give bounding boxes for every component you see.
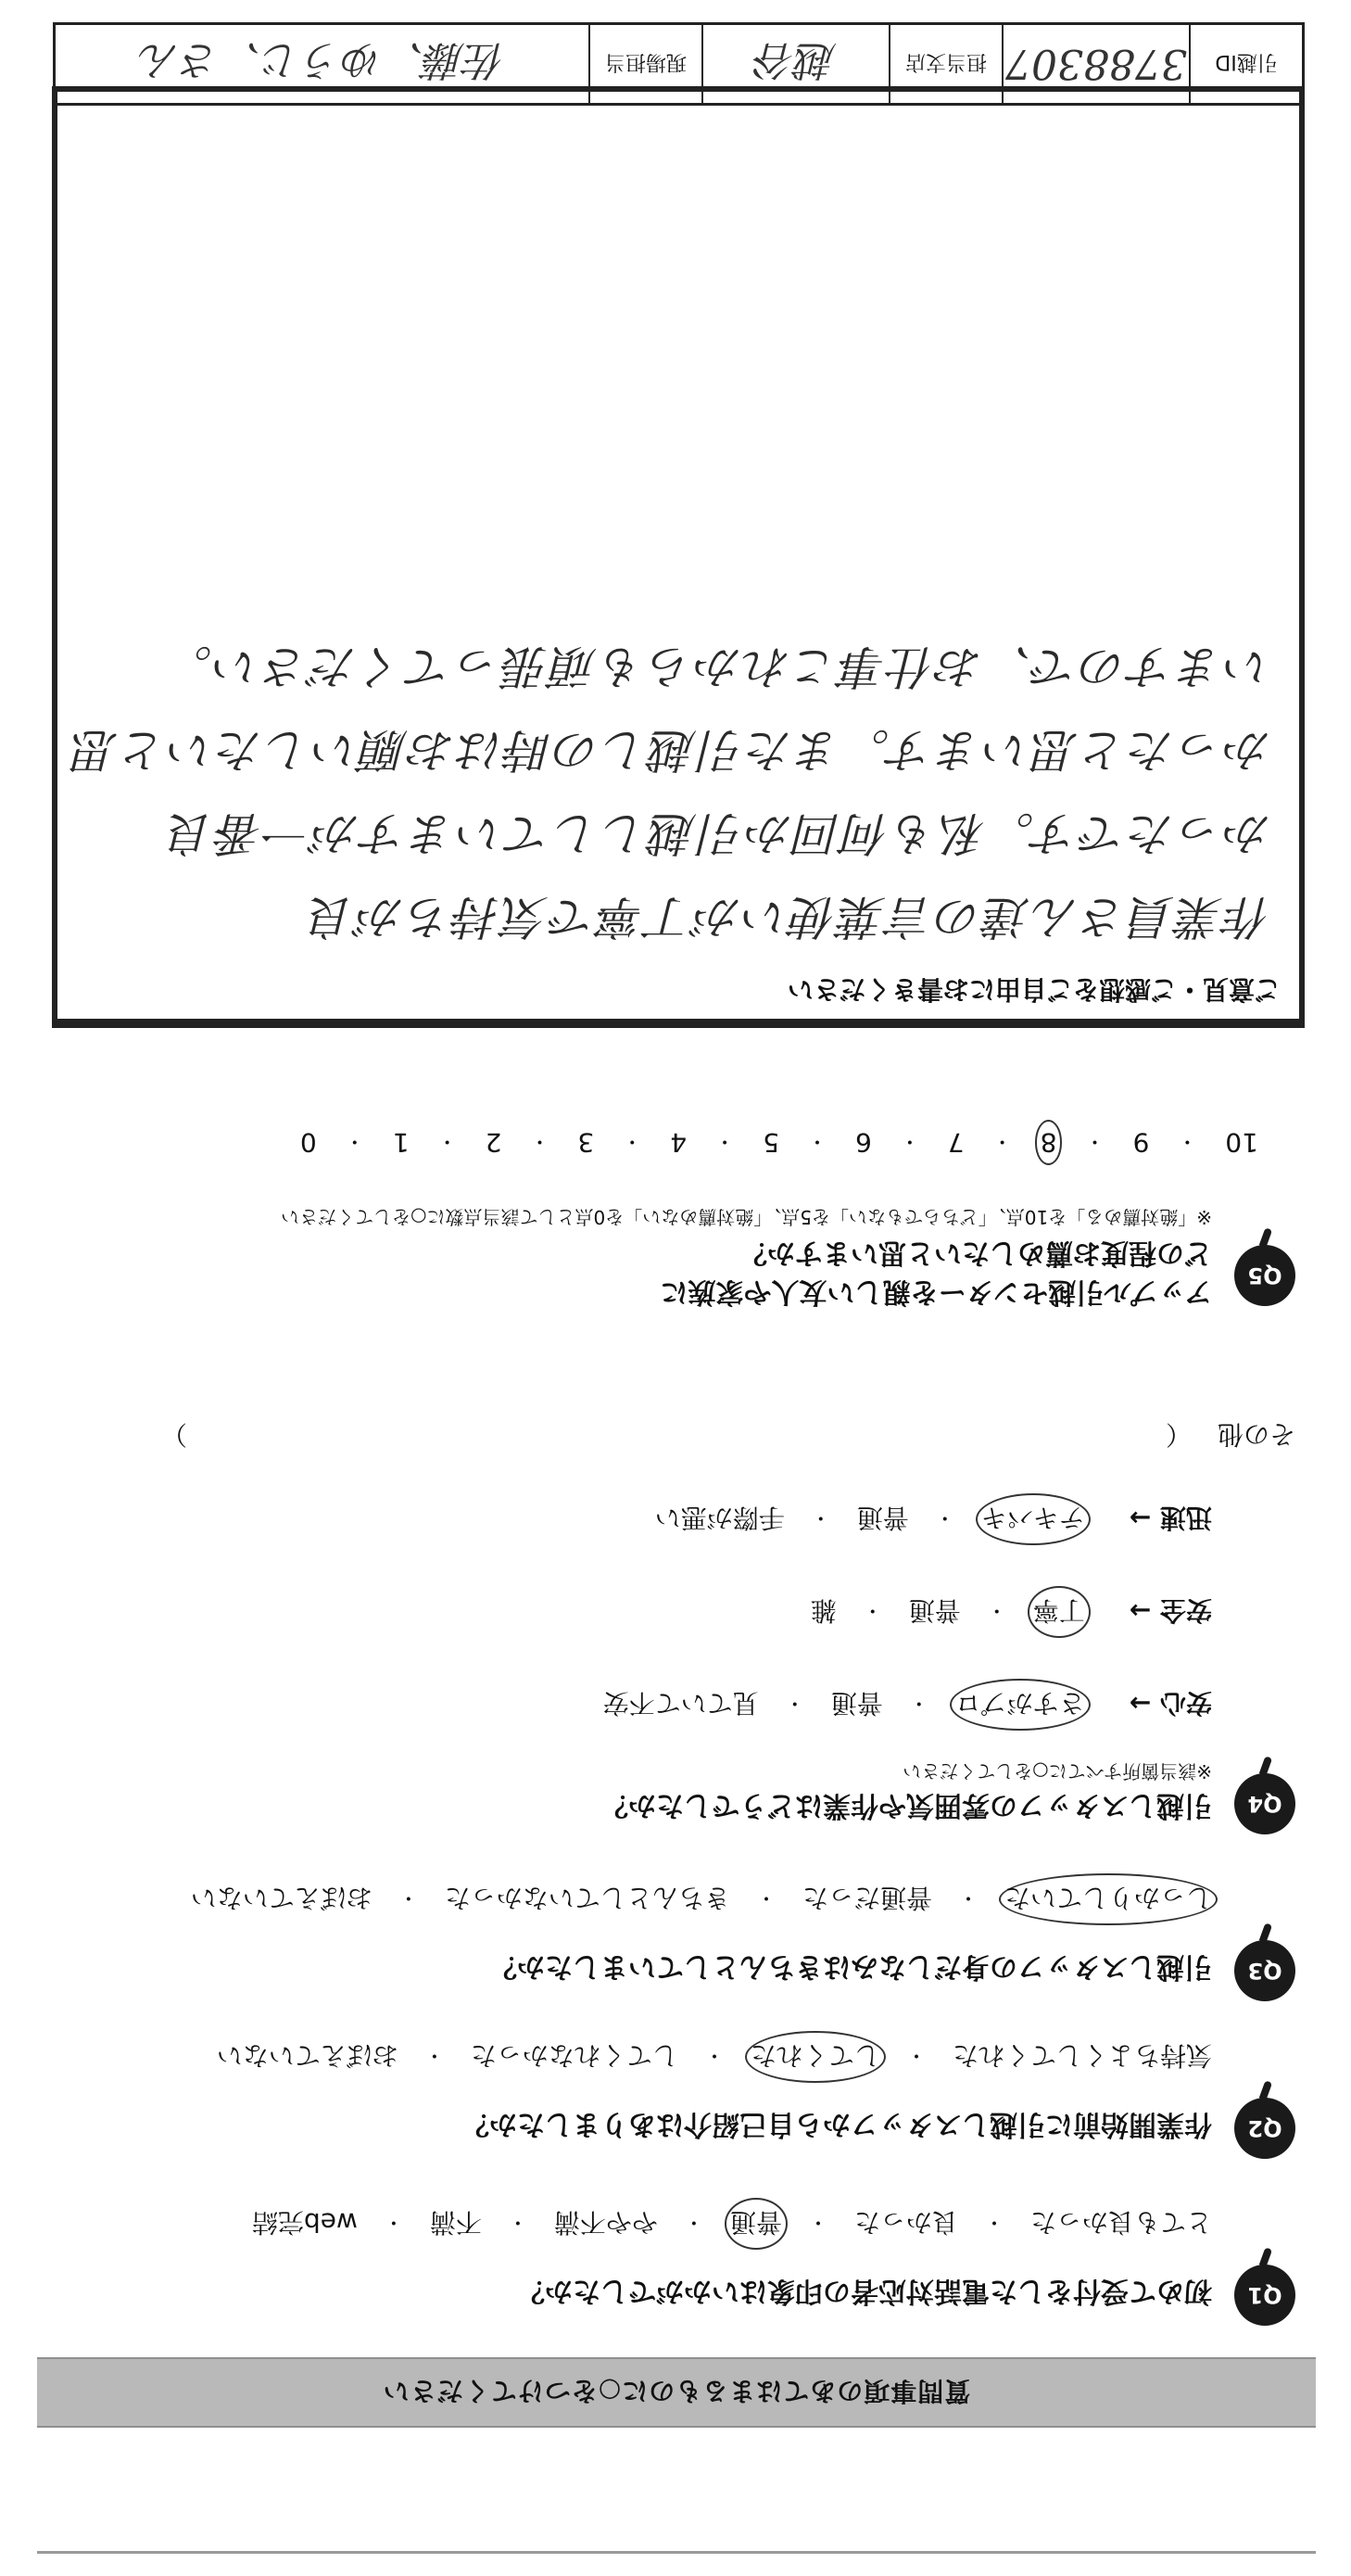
q5-score[interactable]: 0 xyxy=(300,1127,317,1158)
id-label-cell: 引越ID xyxy=(1189,25,1302,103)
q5-score[interactable]: 2 xyxy=(486,1127,502,1158)
q1-option-selected[interactable]: 普通 xyxy=(725,2198,788,2250)
q5-score[interactable]: 9 xyxy=(1133,1127,1150,1158)
q5-score[interactable]: 6 xyxy=(855,1127,872,1158)
q4-option[interactable]: 見ていて不安 xyxy=(603,1686,759,1723)
q5-score[interactable]: 4 xyxy=(670,1127,687,1158)
q4-row-jinsoku: 迅速 → テキパキ・ 普通・ 手際が悪い xyxy=(655,1501,1212,1538)
q3-option[interactable]: おぼえていない xyxy=(191,1881,372,1918)
branch-value-cell[interactable]: 越谷 xyxy=(701,25,889,103)
id-value: 3788307 xyxy=(1005,41,1187,88)
comment-line: かったと思います。また引越しの時はお願いしたいと思 xyxy=(70,720,1271,787)
header-table: 引越ID 3788307 担当支店 越谷 現場担当 佐藤、ゆうじ、さん xyxy=(53,22,1305,106)
q5-badge: Q5 xyxy=(1234,1245,1295,1306)
q4-option[interactable]: 普通 xyxy=(831,1686,883,1723)
q2-badge: Q2 xyxy=(1234,2098,1295,2159)
q4-other-close: ） xyxy=(161,1417,187,1454)
q4-row-label: 迅速 → xyxy=(1130,1501,1212,1538)
q3-options: しっかりしていた・ 普通だった・ きちんとしていなかった・ おぼえていない xyxy=(191,1881,1212,1918)
q4-other-label: その他 xyxy=(1218,1417,1295,1454)
staff-label-cell: 現場担当 xyxy=(588,25,701,103)
comment-line: 作業員さん達の言葉使いが丁寧で気持ちが良 xyxy=(308,887,1271,954)
q4-row-anshin: 安心 → さすがプロ・ 普通・ 見ていて不安 xyxy=(603,1686,1212,1723)
staff-label: 現場担当 xyxy=(605,50,687,79)
q4-badge: Q4 xyxy=(1234,1773,1295,1834)
q4-option-selected[interactable]: 丁寧 xyxy=(1028,1586,1091,1638)
question-1: Q1 初めて受付をした電話対応者の印象はいかがでしたか？ とても良かった・ 良か… xyxy=(54,2177,1314,2335)
q4-row-anzen: 安全 → 丁寧・ 普通・ 雑 xyxy=(811,1593,1212,1631)
q3-option[interactable]: 普通だった xyxy=(802,1881,932,1918)
q5-note: ※「絶対薦める」を10点、「どちらでもない」を5点、「絶対薦めない」を0点として… xyxy=(281,1205,1212,1232)
comment-line: かったです。私も何回か引越ししていますが一番良 xyxy=(167,804,1271,870)
q1-option[interactable]: とても良かった xyxy=(1030,2205,1212,2242)
branch-value: 越谷 xyxy=(755,34,837,94)
q1-option[interactable]: 良かった xyxy=(854,2205,958,2242)
q1-options: とても良かった・ 良かった・ 普通・ やや不満・ 不満・ web完結 xyxy=(252,2205,1212,2242)
q5-score[interactable]: 1 xyxy=(393,1127,410,1158)
staff-value-cell[interactable]: 佐藤、ゆうじ、さん xyxy=(56,25,588,103)
q5-score[interactable]: 7 xyxy=(948,1127,965,1158)
question-4: Q4 引越しスタッフの雰囲気や作業はどうでしたか？ ※該当箇所すべてに○をしてく… xyxy=(54,1408,1314,1844)
q1-option[interactable]: web完結 xyxy=(252,2205,358,2242)
q1-option[interactable]: 不満 xyxy=(430,2205,482,2242)
q4-text: 引越しスタッフの雰囲気や作業はどうでしたか？ xyxy=(600,1788,1212,1829)
branch-label-cell: 担当支店 xyxy=(889,25,1002,103)
id-label: 引越ID xyxy=(1215,50,1277,79)
q2-text: 作業開始前に引越しスタッフから自己紹介はありましたか？ xyxy=(461,2107,1212,2148)
q4-option[interactable]: 普通 xyxy=(857,1501,909,1538)
q5-score-selected[interactable]: 8 xyxy=(1035,1120,1063,1165)
q4-other-open: （ xyxy=(1166,1417,1192,1454)
q5-score[interactable]: 10 xyxy=(1225,1127,1258,1158)
id-value-cell[interactable]: 3788307 xyxy=(1002,25,1189,103)
q4-badge-label: Q4 xyxy=(1247,1791,1282,1817)
q2-badge-label: Q2 xyxy=(1247,2115,1282,2141)
q5-scale: 10・ 9・ 8・ 7・ 6・ 5・ 4・ 3・ 2・ 1・ 0 xyxy=(300,1127,1258,1158)
q2-options: 気持ちよくしてくれた・ してくれた・ してくれなかった・ おぼえていない xyxy=(217,2038,1212,2075)
bottom-rule xyxy=(37,2551,1316,2554)
q3-badge: Q3 xyxy=(1234,1940,1295,2001)
q5-text-line1: アップル引越センターを親しい友人や家族に xyxy=(661,1275,1213,1315)
comment-line: いますので、お仕事これからも頑張ってください。 xyxy=(164,637,1271,704)
question-5: Q5 アップル引越センターを親しい友人や家族に どの程度お薦めしたいと思いますか… xyxy=(54,1056,1314,1334)
q1-text: 初めて受付をした電話対応者の印象はいかがでしたか？ xyxy=(517,2274,1212,2315)
q4-option[interactable]: 普通 xyxy=(909,1593,961,1631)
q4-option-selected[interactable]: テキパキ xyxy=(976,1493,1091,1545)
q4-option[interactable]: 手際が悪い xyxy=(655,1501,785,1538)
q2-option[interactable]: してくれなかった xyxy=(471,2038,678,2075)
q2-option[interactable]: おぼえていない xyxy=(217,2038,398,2075)
q4-row-label: 安心 → xyxy=(1130,1686,1212,1723)
instruction-text: 質問事項のあてはまるものに○をつけてください xyxy=(383,2374,970,2411)
q2-option[interactable]: 気持ちよくしてくれた xyxy=(953,2038,1212,2075)
q1-option[interactable]: やや不満 xyxy=(554,2205,658,2242)
q5-badge-label: Q5 xyxy=(1247,1263,1282,1288)
instruction-banner: 質問事項のあてはまるものに○をつけてください xyxy=(37,2357,1316,2428)
q4-option[interactable]: 雑 xyxy=(811,1593,837,1631)
branch-label: 担当支店 xyxy=(905,50,987,79)
survey-card: 質問事項のあてはまるものに○をつけてください Q1 初めて受付をした電話対応者の… xyxy=(0,0,1351,2576)
q4-other: その他 （ ） xyxy=(72,1417,1295,1454)
q5-score[interactable]: 3 xyxy=(577,1127,594,1158)
comments-title: ご意見・ご感想をご自由にお書きください xyxy=(788,972,1281,1009)
q5-score[interactable]: 5 xyxy=(763,1127,779,1158)
q3-option-selected[interactable]: しっかりしていた xyxy=(999,1873,1218,1925)
question-2: Q2 作業開始前に引越しスタッフから自己紹介はありましたか？ 気持ちよくしてくれ… xyxy=(54,2020,1314,2168)
comments-box[interactable]: ご意見・ご感想をご自由にお書きください 作業員さん達の言葉使いが丁寧で気持ちが良… xyxy=(52,86,1305,1028)
question-3: Q3 引越しスタッフの身だしなみはきちんとしていましたか？ しっかりしていた・ … xyxy=(54,1862,1314,2011)
q1-badge-label: Q1 xyxy=(1247,2282,1282,2308)
q4-row-label: 安全 → xyxy=(1130,1593,1212,1631)
q4-note: ※該当箇所すべてに○をしてください xyxy=(903,1759,1212,1786)
q5-text-line2: どの程度お薦めしたいと思いますか？ xyxy=(739,1236,1212,1276)
q1-badge: Q1 xyxy=(1234,2265,1295,2326)
q2-option-selected[interactable]: してくれた xyxy=(745,2031,886,2083)
q4-option-selected[interactable]: さすがプロ xyxy=(950,1679,1091,1731)
staff-value: 佐藤、ゆうじ、さん xyxy=(139,34,506,94)
q3-text: 引越しスタッフの身だしなみはきちんとしていましたか？ xyxy=(489,1949,1212,1990)
q3-option[interactable]: きちんとしていなかった xyxy=(445,1881,730,1918)
q3-badge-label: Q3 xyxy=(1247,1958,1282,1984)
